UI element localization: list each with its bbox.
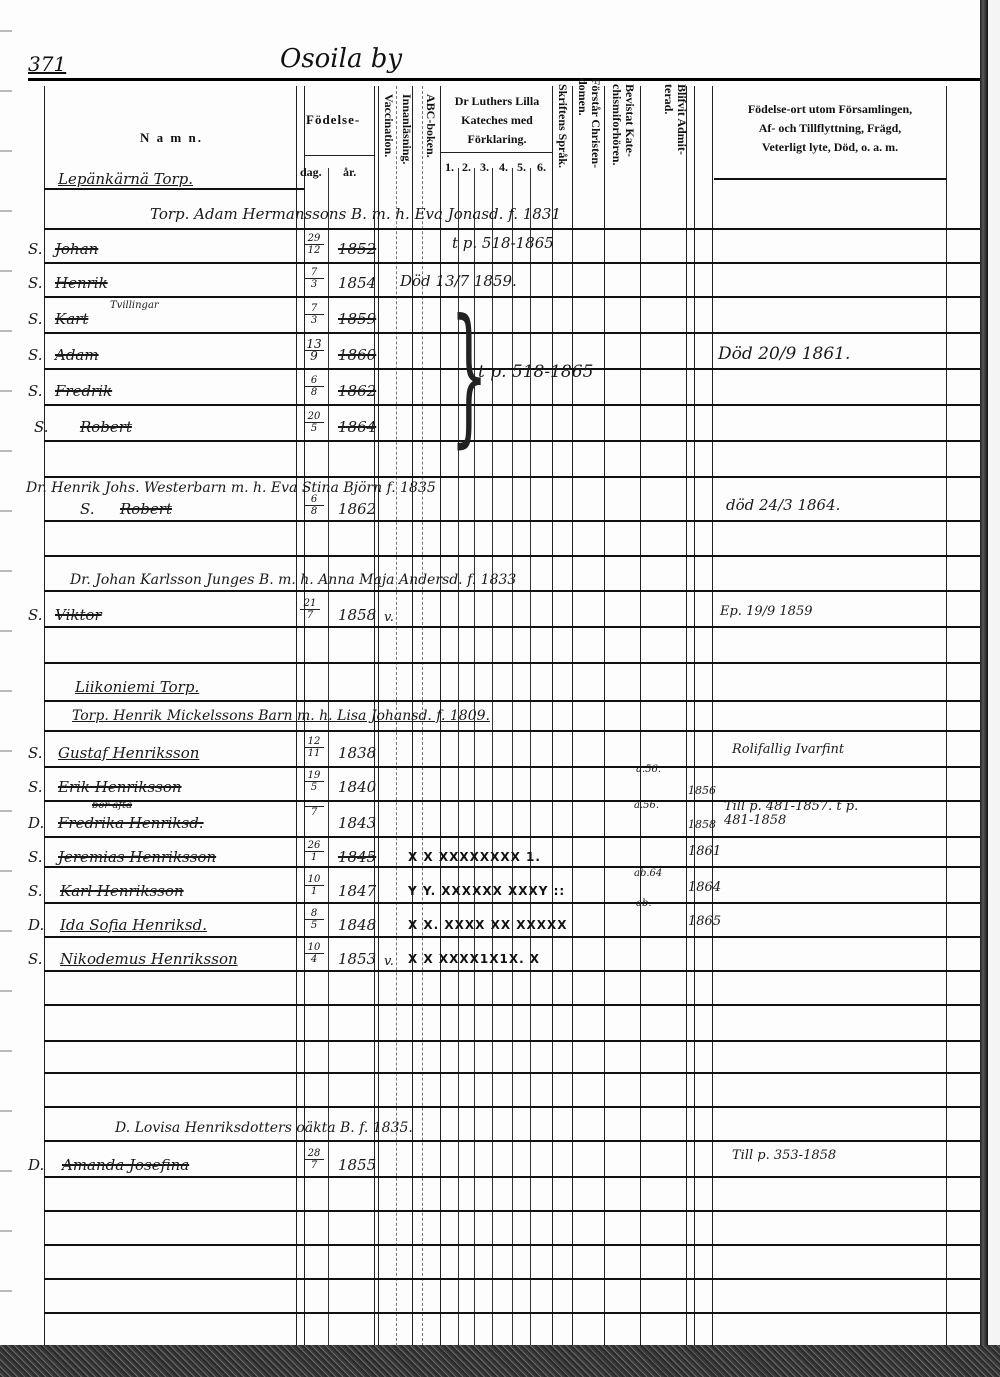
birth-day-month: 68 bbox=[304, 375, 324, 398]
birth-day-month: 195 bbox=[304, 770, 324, 793]
vaccination-mark: v. bbox=[384, 610, 394, 625]
birth-day-month: 205 bbox=[304, 411, 324, 434]
birth-year: 1862 bbox=[338, 500, 376, 518]
birth-year: 1852 bbox=[338, 240, 376, 258]
luther-col-3: 3. bbox=[480, 160, 489, 175]
row-rule bbox=[44, 730, 980, 732]
katechism-marks: X X. XXXX XX XXXXX bbox=[408, 918, 568, 932]
birth-year: 1838 bbox=[338, 744, 376, 762]
row-rule bbox=[44, 1004, 980, 1006]
remarks-header-rule bbox=[714, 178, 946, 180]
header-luther-line3: Förklaring. bbox=[442, 130, 552, 149]
row-prefix: S. bbox=[80, 500, 95, 518]
luther-col-6: 6. bbox=[537, 160, 546, 175]
person-name: Viktor bbox=[55, 606, 102, 624]
admitted-year: 1858 bbox=[688, 818, 716, 831]
row-rule bbox=[44, 626, 980, 628]
remark: Till p. 481-1857. t p. 481-1858 bbox=[724, 800, 884, 828]
row-prefix: D. bbox=[28, 916, 44, 934]
row-rule bbox=[44, 936, 980, 938]
bevistat-mark: ab. bbox=[636, 898, 652, 909]
birth-day-month: 101 bbox=[304, 874, 324, 897]
col-line-remarks bbox=[712, 86, 713, 1346]
header-remarks-line2: Af- och Tillflyttning, Frägd, bbox=[714, 119, 946, 138]
header-luther-line1: Dr Luthers Lilla bbox=[442, 92, 552, 111]
row-rule bbox=[44, 1140, 980, 1142]
person-name: Jeremias Henriksson bbox=[58, 848, 216, 866]
row-prefix: S. bbox=[28, 346, 43, 364]
person-name: Johan bbox=[55, 240, 98, 258]
bevistat-mark: a.56. bbox=[636, 764, 661, 775]
col-line-forstar bbox=[604, 86, 605, 1346]
book-spine bbox=[980, 0, 988, 1377]
remark: Till p. 353-1858 bbox=[732, 1148, 836, 1163]
row-rule bbox=[44, 404, 980, 406]
row-rule bbox=[44, 188, 304, 190]
katechism-marks: X X XXXX1X1X. X bbox=[408, 952, 540, 966]
birth-day-month: 261 bbox=[304, 840, 324, 863]
place-heading: Lepänkärnä Torp. bbox=[58, 170, 193, 188]
row-rule bbox=[44, 662, 980, 664]
katechism-marks: Y Y. XXXXXX XXXY :: bbox=[408, 884, 565, 898]
birth-day-month: 73 bbox=[304, 303, 324, 326]
header-blifvit: Blifvit Admit-terad. bbox=[662, 84, 688, 184]
row-rule bbox=[44, 766, 980, 768]
row-rule bbox=[44, 296, 980, 298]
col-line-dag bbox=[328, 168, 329, 1346]
bevistat-mark: ab.64 bbox=[634, 868, 662, 879]
family-head: Torp. Henrik Mickelssons Barn m. h. Lisa… bbox=[72, 708, 490, 724]
death-remark: död 24/3 1864. bbox=[726, 496, 840, 514]
header-abc-boken: ABC-boken. bbox=[424, 94, 437, 180]
birth-year: 1855 bbox=[338, 1156, 376, 1174]
header-forstar-line2: domen. bbox=[576, 78, 590, 116]
header-blifvit-line2: terad. bbox=[662, 84, 676, 114]
header-bevistat: Bevistat Kate-chismiforhören. bbox=[610, 84, 636, 184]
scan-margin bbox=[0, 0, 12, 1377]
birth-day-month: 73 bbox=[304, 267, 324, 290]
family-head: Dr. Henrik Johs. Westerbarn m. h. Eva St… bbox=[26, 480, 436, 496]
header-blifvit-line1: Blifvit Admit- bbox=[675, 84, 689, 155]
birth-day-month: 85 bbox=[304, 908, 324, 931]
person-name: Kart bbox=[55, 310, 88, 328]
birth-day-month: 217 bbox=[300, 598, 320, 621]
col-line-blifvit-double bbox=[694, 86, 695, 1346]
header-skriftens-sprak: Skriftens Språk. bbox=[556, 84, 569, 184]
col-line-right bbox=[946, 86, 947, 1346]
person-name: Robert bbox=[120, 500, 172, 518]
luther-col-1: 1. bbox=[445, 160, 454, 175]
row-rule bbox=[44, 590, 980, 592]
parish-register-page: 371 Osoila by N a m n. Födelse- dag. år.… bbox=[0, 0, 1000, 1377]
row-rule bbox=[44, 1278, 980, 1280]
header-ar: år. bbox=[343, 165, 356, 180]
name-annotation: bor äfta bbox=[92, 800, 132, 811]
birth-day-month: 7 bbox=[304, 806, 324, 818]
fodelse-subrule bbox=[304, 155, 374, 156]
header-remarks-line1: Födelse-ort utom Församlingen, bbox=[714, 100, 946, 119]
remark: Ep. 19/9 1859 bbox=[720, 604, 813, 619]
row-rule bbox=[44, 700, 980, 702]
row-prefix: S. bbox=[28, 382, 43, 400]
death-remark: Död 20/9 1861. bbox=[718, 344, 850, 364]
col-line-bevistat bbox=[640, 86, 641, 1346]
col-line-sprak bbox=[572, 86, 573, 1346]
birth-year: 1854 bbox=[338, 274, 376, 292]
row-prefix: S. bbox=[28, 606, 43, 624]
title-rule bbox=[28, 78, 980, 81]
row-prefix: D. bbox=[28, 814, 44, 832]
admitted-year: 1865 bbox=[688, 914, 721, 929]
row-rule bbox=[44, 228, 980, 230]
birth-day-month: 104 bbox=[304, 942, 324, 965]
row-prefix: S. bbox=[28, 778, 43, 796]
col-line-l4 bbox=[512, 168, 513, 1346]
family-head: D. Lovisa Henriksdotters oäkta B. f. 183… bbox=[115, 1120, 413, 1136]
twins-annotation: Tvillingar bbox=[110, 300, 159, 311]
row-rule bbox=[44, 1040, 980, 1042]
birth-year: 1860 bbox=[338, 346, 376, 364]
page-number: 371 bbox=[28, 52, 66, 76]
row-rule bbox=[44, 1244, 980, 1246]
row-rule bbox=[44, 520, 980, 522]
row-rule bbox=[44, 902, 980, 904]
col-line-luther-end bbox=[552, 86, 553, 1346]
person-name: Ida Sofia Henriksd. bbox=[60, 916, 207, 934]
person-name: Karl Henriksson bbox=[60, 882, 184, 900]
row-prefix: S. bbox=[28, 274, 43, 292]
header-fodelse: Födelse- bbox=[306, 112, 360, 128]
row-rule bbox=[44, 1072, 980, 1074]
moved-note-group: t p. 518-1865 bbox=[478, 362, 593, 382]
birth-year: 1845 bbox=[338, 848, 376, 866]
person-name: Fredrik bbox=[55, 382, 112, 400]
col-line-blifvit bbox=[686, 86, 687, 1346]
family-head: Torp. Adam Hermanssons B. m. h. Eva Jona… bbox=[150, 205, 561, 223]
admitted-year: 1856 bbox=[688, 784, 716, 797]
birth-day-month: 68 bbox=[304, 494, 324, 517]
row-rule bbox=[44, 1312, 980, 1314]
facing-page-edge bbox=[988, 0, 1000, 1377]
row-prefix: S. bbox=[28, 310, 43, 328]
row-rule bbox=[44, 1106, 980, 1108]
remark: Rolifallig Ivarfint bbox=[732, 742, 844, 757]
luther-col-4: 4. bbox=[499, 160, 508, 175]
village-title: Osoila by bbox=[280, 44, 402, 74]
bevistat-mark: a.56. bbox=[634, 800, 659, 811]
birth-day-month: 287 bbox=[304, 1148, 324, 1171]
header-forstar-line1: Förstår Christen- bbox=[589, 78, 603, 168]
luther-col-5: 5. bbox=[517, 160, 526, 175]
row-rule bbox=[44, 555, 980, 557]
birth-day-month: 1211 bbox=[304, 736, 324, 759]
birth-year: 1858 bbox=[338, 606, 376, 624]
header-remarks-line3: Veterligt lyte, Död, o. a. m. bbox=[714, 138, 946, 157]
header-dag: dag. bbox=[300, 165, 322, 180]
header-bevistat-line2: chismiforhören. bbox=[610, 84, 624, 165]
birth-year: 1859 bbox=[338, 310, 376, 328]
person-name: Henrik bbox=[55, 274, 108, 292]
row-rule bbox=[44, 332, 980, 334]
row-rule bbox=[44, 970, 980, 972]
luther-col-2: 2. bbox=[462, 160, 471, 175]
birth-year: 1843 bbox=[338, 814, 376, 832]
row-prefix: S. bbox=[28, 744, 43, 762]
row-prefix: S. bbox=[28, 882, 43, 900]
birth-year: 1862 bbox=[338, 382, 376, 400]
birth-day-month: 2912 bbox=[304, 233, 324, 256]
header-innanlasning: Innanläsning. bbox=[400, 94, 413, 180]
person-name: Robert bbox=[80, 418, 132, 436]
row-rule bbox=[44, 262, 980, 264]
birth-day-month: 139 bbox=[304, 339, 324, 362]
admitted-year: 1864 bbox=[688, 880, 721, 895]
person-name: Amanda Josefina bbox=[62, 1156, 189, 1174]
row-prefix: S. bbox=[28, 848, 43, 866]
row-prefix: S. bbox=[34, 418, 49, 436]
row-prefix: S. bbox=[28, 240, 43, 258]
vaccination-mark: v. bbox=[384, 954, 394, 969]
person-name: Fredrika Henriksd. bbox=[58, 814, 204, 832]
header-bevistat-line1: Bevistat Kate- bbox=[623, 84, 637, 157]
row-prefix: D. bbox=[28, 1156, 44, 1174]
row-prefix: S. bbox=[28, 950, 43, 968]
birth-year: 1847 bbox=[338, 882, 376, 900]
family-head: Dr. Johan Karlsson Junges B. m. h. Anna … bbox=[70, 572, 516, 588]
col-line-l3 bbox=[492, 168, 493, 1346]
row-rule bbox=[44, 1210, 980, 1212]
person-name: Erik Henriksson bbox=[58, 778, 182, 796]
person-name: Adam bbox=[55, 346, 99, 364]
row-rule bbox=[44, 1176, 980, 1178]
row-rule bbox=[44, 476, 980, 478]
moved-note: t p. 518-1865 bbox=[452, 234, 554, 252]
header-luther: Dr Luthers Lilla Kateches med Förklaring… bbox=[442, 92, 552, 149]
birth-year: 1853 bbox=[338, 950, 376, 968]
header-namn: N a m n. bbox=[140, 130, 203, 146]
header-vaccination: Vaccination. bbox=[382, 94, 395, 180]
row-rule bbox=[44, 836, 980, 838]
row-rule bbox=[44, 866, 980, 868]
row-rule bbox=[44, 440, 980, 442]
birth-year: 1848 bbox=[338, 916, 376, 934]
birth-year: 1840 bbox=[338, 778, 376, 796]
katechism-marks: X X XXXXXXXX 1. bbox=[408, 850, 541, 864]
birth-year: 1864 bbox=[338, 418, 376, 436]
person-name: Nikodemus Henriksson bbox=[60, 950, 238, 968]
col-line-l5 bbox=[530, 168, 531, 1346]
header-forstar: Förstår Christen-domen. bbox=[576, 78, 602, 178]
header-luther-line2: Kateches med bbox=[442, 111, 552, 130]
grouping-brace: } bbox=[450, 300, 488, 450]
header-remarks: Födelse-ort utom Församlingen, Af- och T… bbox=[714, 100, 946, 157]
place-heading: Liikoniemi Torp. bbox=[75, 678, 199, 696]
scan-bottom-edge bbox=[0, 1345, 1000, 1377]
person-name: Gustaf Henriksson bbox=[58, 744, 199, 762]
luther-subrule bbox=[440, 152, 552, 153]
admitted-year: 1861 bbox=[688, 844, 721, 859]
